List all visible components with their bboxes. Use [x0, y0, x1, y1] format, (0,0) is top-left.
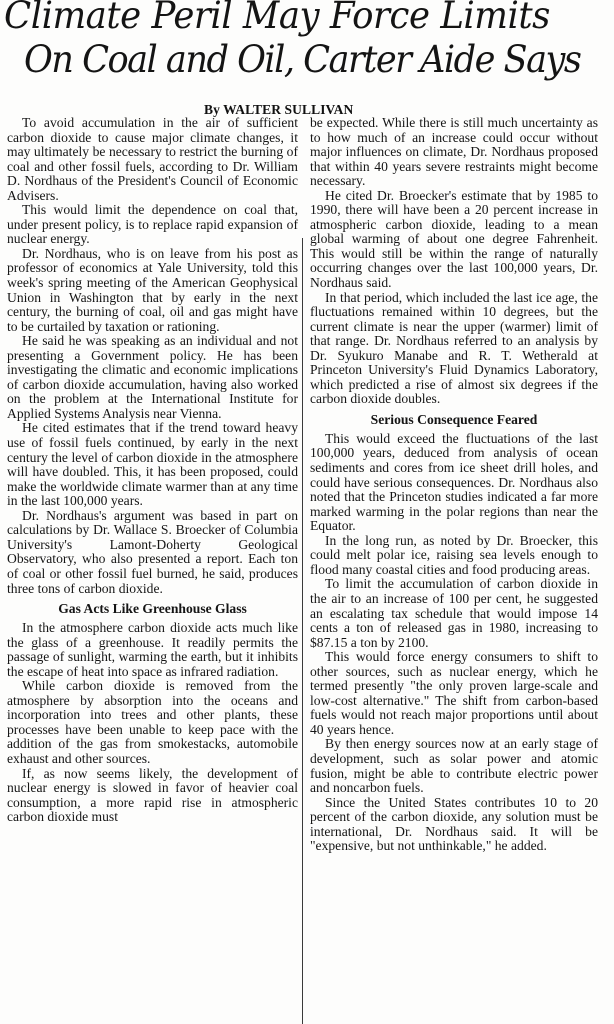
column-divider — [302, 238, 303, 1024]
paragraph: This would exceed the fluctuations of th… — [310, 432, 598, 534]
paragraph: He said he was speaking as an individual… — [7, 334, 298, 421]
paragraph: He cited estimates that if the trend tow… — [7, 421, 298, 508]
paragraph: To avoid accumulation in the air of suff… — [7, 116, 298, 203]
subhead-consequence: Serious Consequence Feared — [310, 413, 598, 427]
subhead-greenhouse: Gas Acts Like Greenhouse Glass — [7, 602, 298, 616]
paragraph: This would limit the dependence on coal … — [7, 203, 298, 247]
newspaper-clipping: Climate Peril May Force Limits On Coal a… — [0, 0, 614, 1024]
paragraph: Dr. Nordhaus, who is on leave from his p… — [7, 247, 298, 334]
paragraph: be expected. While there is still much u… — [310, 116, 598, 189]
paragraph: He cited Dr. Broecker's estimate that by… — [310, 189, 598, 291]
paragraph: In the atmosphere carbon dioxide acts mu… — [7, 621, 298, 679]
headline-line-2: On Coal and Oil, Carter Aide Says — [24, 38, 580, 82]
paragraph: In that period, which included the last … — [310, 291, 598, 407]
paragraph: In the long run, as noted by Dr. Broecke… — [310, 534, 598, 578]
paragraph: Since the United States contributes 10 t… — [310, 796, 598, 854]
paragraph: By then energy sources now at an early s… — [310, 737, 598, 795]
paragraph: If, as now seems likely, the development… — [7, 767, 298, 825]
paragraph: This would force energy consumers to shi… — [310, 650, 598, 737]
paragraph: To limit the accumulation of carbon diox… — [310, 577, 598, 650]
right-column: be expected. While there is still much u… — [310, 116, 598, 854]
paragraph: While carbon dioxide is removed from the… — [7, 679, 298, 766]
paragraph: Dr. Nordhaus's argument was based in par… — [7, 509, 298, 596]
headline-line-1: Climate Peril May Force Limits — [4, 0, 550, 38]
left-column: To avoid accumulation in the air of suff… — [7, 116, 298, 825]
